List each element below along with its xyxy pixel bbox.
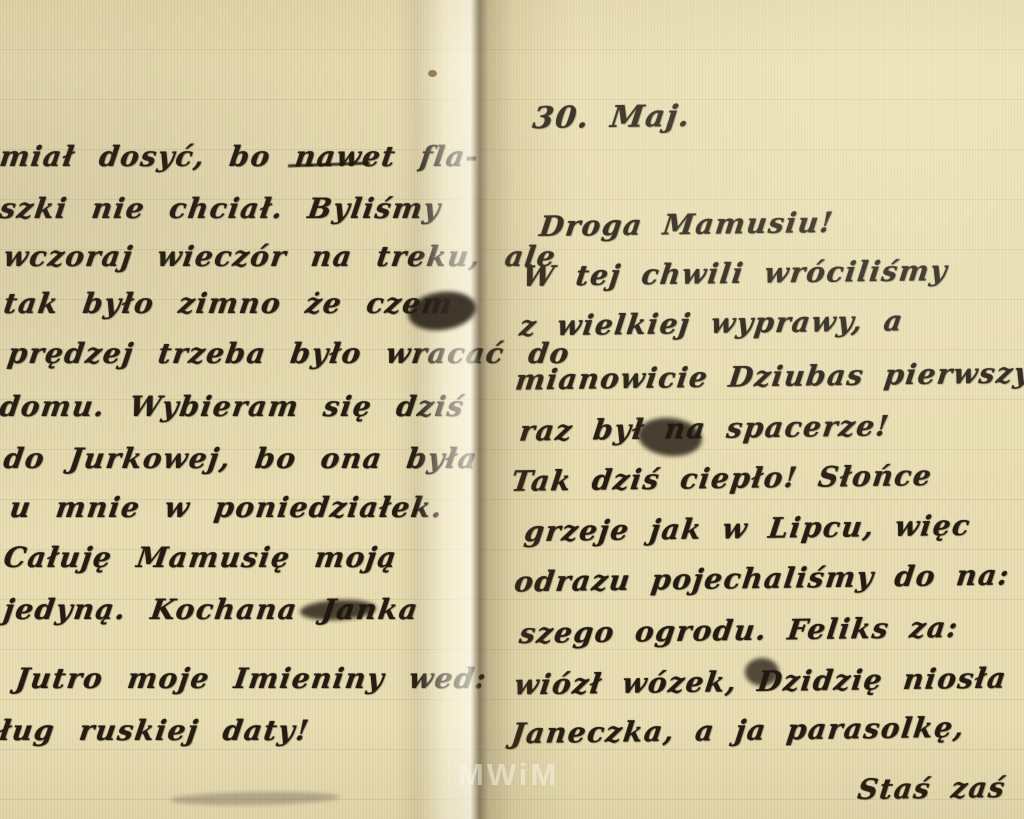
handwriting-line: z wielkiej wyprawy, a xyxy=(518,304,906,342)
handwriting-line: szego ogrodu. Feliks za: xyxy=(518,611,961,650)
handwriting-line: tak było zimno że czem xyxy=(2,287,456,320)
handwriting-line: raz był na spacerze! xyxy=(518,409,892,447)
handwriting-line: Janeczka, a ja parasolkę, xyxy=(509,711,967,750)
handwriting-line: Jutro moje Imieniny wed: xyxy=(14,662,490,695)
handwriting-line: ług ruskiej daty! xyxy=(0,714,312,747)
handwriting-line: odrazu pojechaliśmy do na: xyxy=(512,559,1012,599)
handwriting-line: jedyną. Kochana Janka xyxy=(2,593,421,626)
handwriting-line: wiózł wózek, Dzidzię niosła xyxy=(512,662,1009,702)
diary-scan: miał dosyć, bo nawet fla- szki nie chcia… xyxy=(0,0,1024,819)
handwriting-line: grzeje jak w Lipcu, więc xyxy=(522,509,972,548)
handwriting-line: Droga Mamusiu! xyxy=(538,206,836,243)
handwriting-line: Całuję Mamusię moją xyxy=(2,541,400,574)
handwriting-line: domu. Wybieram się dziś xyxy=(0,390,467,423)
handwriting-line: szki nie chciał. Byliśmy xyxy=(0,192,444,225)
handwriting-line: do Jurkowej, bo ona była xyxy=(2,442,480,475)
handwriting-line: Staś zaś xyxy=(856,771,1008,806)
left-page: miał dosyć, bo nawet fla- szki nie chcia… xyxy=(0,0,470,819)
handwriting-line: mianowicie Dziubas pierwszy xyxy=(513,356,1024,396)
handwriting-line: Tak dziś ciepło! Słońce xyxy=(510,459,935,498)
handwriting-line: W tej chwili wróciliśmy xyxy=(521,254,951,293)
right-page: 30. Maj. Droga Mamusiu! W tej chwili wró… xyxy=(470,0,1024,819)
handwriting-line: u mnie w poniedziałek. xyxy=(8,491,446,524)
handwriting-line: miał dosyć, bo nawet fla- xyxy=(0,140,481,173)
date-heading: 30. Maj. xyxy=(531,99,693,136)
